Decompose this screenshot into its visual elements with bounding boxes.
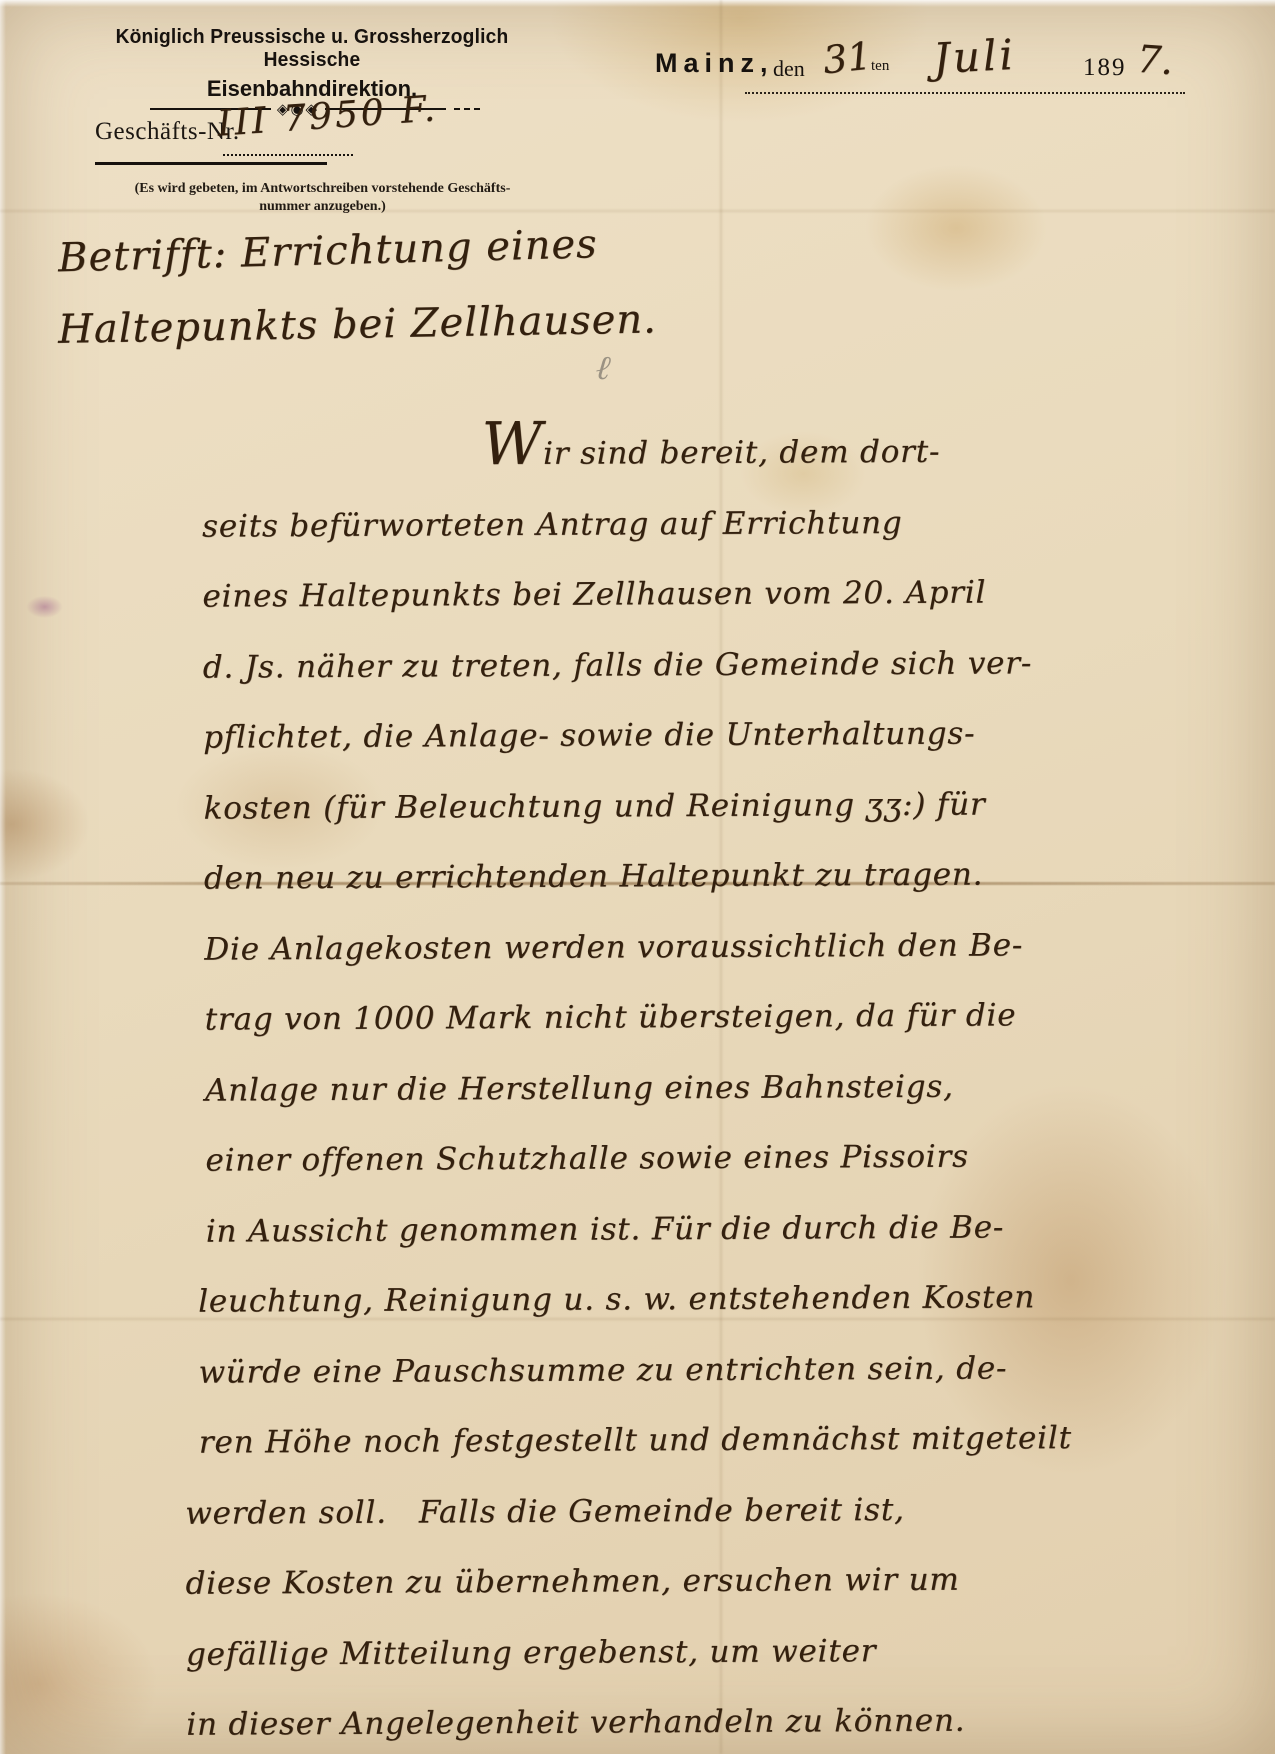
paper-edge-left — [0, 0, 6, 1754]
body-line: eines Haltepunkts bei Zellhausen vom 20.… — [202, 556, 1212, 632]
dateline-day-handwritten: 31 — [821, 34, 874, 83]
body-line: Die Anlagekosten werden voraussichtlich … — [204, 909, 1214, 985]
dateline-den: den — [773, 56, 805, 82]
body-line: leuchtung, Reinigung u. s. w. entstehend… — [198, 1261, 1216, 1337]
body-line: würde eine Pauschsumme zu entrichten sei… — [198, 1332, 1216, 1408]
dateline-dotted-rule — [745, 92, 1185, 94]
letterhead-organization: Königlich Preussische u. Grossherzoglich… — [88, 26, 536, 102]
body-line: Wir sind bereit, dem dort- — [201, 405, 1211, 491]
body-line: in Aussicht genommen ist. Für die durch … — [206, 1191, 1216, 1267]
dateline-city: Mainz, — [655, 48, 774, 79]
dateline-year-printed: 189 — [1083, 54, 1127, 82]
org-name-line1: Königlich Preussische u. Grossherzoglich… — [97, 26, 527, 72]
body-line: Anlage nur die Herstellung eines Bahnste… — [205, 1050, 1215, 1126]
body-line: einer offenen Schutzhalle sowie eines Pi… — [205, 1120, 1215, 1196]
letter-body: Wir sind bereit, dem dort- seits befürwo… — [201, 405, 1218, 1754]
body-line: diese Kosten zu übernehmen, ersuchen wir… — [185, 1543, 1217, 1619]
letterhead-note-line1: (Es wird gebeten, im Antwortschreiben vo… — [95, 180, 550, 198]
body-line: gefällige Mitteilung ergebenst, um weite… — [186, 1614, 1218, 1690]
body-line: werden soll. Falls die Gemeinde bereit i… — [185, 1473, 1217, 1549]
body-line: seits befürworteten Antrag auf Errichtun… — [202, 486, 1212, 562]
letterhead-note-line2: nummer anzugeben.) — [95, 198, 550, 216]
body-line: pflichtet, die Anlage- sowie die Unterha… — [203, 697, 1213, 773]
body-line: d. Js. näher zu treten, falls die Gemein… — [203, 627, 1213, 703]
body-line: ren Höhe noch festgestellt und demnächst… — [199, 1402, 1217, 1478]
case-number-dotted-line — [223, 154, 353, 156]
body-line: kosten (für Beleuchtung und Reinigung ʒʒ… — [203, 768, 1213, 844]
dateline: Mainz, den 31 ten Juli 189 7. — [655, 34, 1215, 104]
dateline-day-suffix: ten — [871, 58, 889, 75]
body-line: den neu zu errichtenden Haltepunkt zu tr… — [204, 838, 1214, 914]
divider-rule-tail — [454, 108, 480, 110]
subject-line1: Betrifft: Errichtung eines — [57, 221, 618, 282]
pencil-annotation: ℓ — [594, 347, 612, 388]
subject-line2: Haltepunkts bei Zellhausen. — [58, 297, 619, 353]
paper-edge-top — [0, 0, 1275, 7]
body-line: trag von 1000 Mark nicht übersteigen, da… — [204, 979, 1214, 1055]
dateline-month-handwritten: Juli — [932, 30, 1017, 83]
subject-block: Betrifft: Errichtung eines Haltepunkts b… — [58, 228, 618, 348]
letterhead-note: (Es wird gebeten, im Antwortschreiben vo… — [95, 180, 550, 216]
case-number-row: Geschäfts-Nr. III 7950 F. — [95, 118, 525, 146]
letter-page: Königlich Preussische u. Grossherzoglich… — [0, 0, 1275, 1754]
case-number-underline — [95, 162, 327, 165]
body-line: in dieser Angelegenheit verhandeln zu kö… — [186, 1684, 1218, 1754]
dateline-year-handwritten: 7. — [1136, 37, 1175, 83]
